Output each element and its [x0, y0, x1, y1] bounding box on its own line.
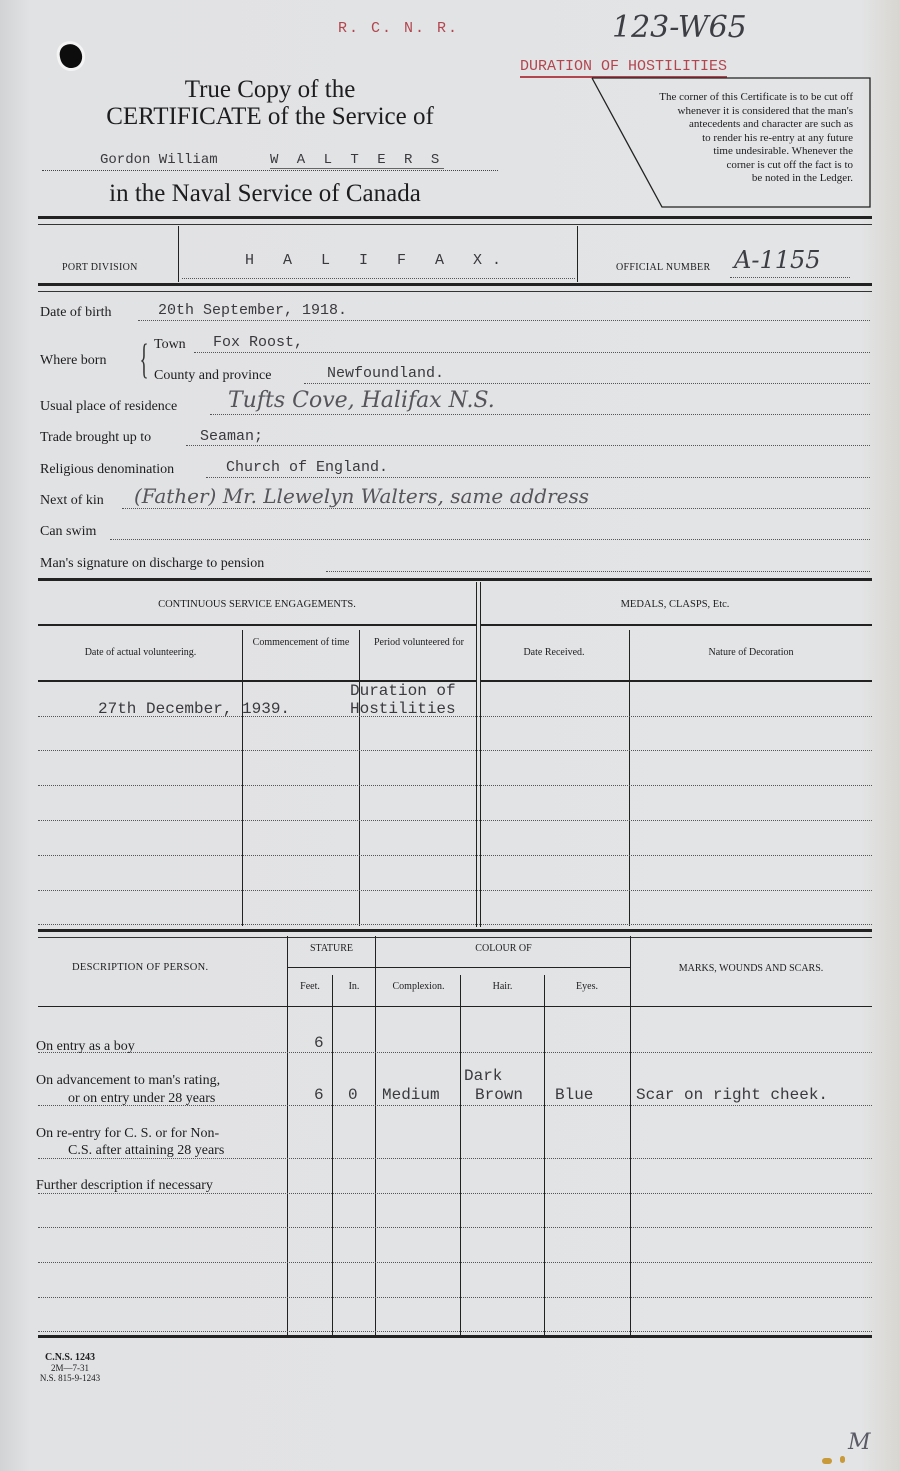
table-row-line — [38, 1227, 872, 1228]
notice-line: to render his re-entry at any future — [600, 132, 853, 146]
divider — [38, 929, 872, 938]
feet-label: Feet. — [288, 978, 332, 996]
service-col-date: Date of actual volunteering. — [38, 644, 243, 662]
religion-value: Church of England. — [226, 459, 388, 476]
row-label: On advancement to man's rating, — [36, 1073, 220, 1089]
divider — [288, 967, 630, 968]
row-label: or on entry under 28 years — [68, 1091, 215, 1107]
service-col-period: Period volunteered for — [361, 634, 477, 652]
county-line — [304, 383, 870, 384]
port-division-value: H A L I F A X. — [245, 252, 511, 269]
official-number-value: A-1155 — [734, 246, 821, 274]
divider — [359, 630, 360, 926]
hair-label: Hair. — [461, 978, 544, 996]
medals-title: MEDALS, CLASPS, Etc. — [480, 596, 870, 614]
notice-line: corner is cut off the fact is to — [600, 159, 853, 173]
divider — [544, 975, 545, 1335]
service-date-value: 27th December, 1939. — [98, 700, 290, 718]
dob-label: Date of birth — [40, 305, 112, 321]
table-row-line — [38, 785, 872, 786]
title-line-2: CERTIFICATE of the Service of — [40, 103, 500, 131]
table-row-line — [38, 1297, 872, 1298]
row-label: On re-entry for C. S. or for Non- — [36, 1126, 219, 1142]
eyes-value: Blue — [555, 1086, 593, 1104]
medals-col-nature: Nature of Decoration — [630, 644, 872, 662]
kin-label: Next of kin — [40, 493, 104, 509]
stature-label: STATURE — [288, 940, 375, 958]
print-code: 2M—7-31 — [34, 1363, 106, 1373]
port-division-label: PORT DIVISION — [62, 262, 138, 273]
marks-value: Scar on right cheek. — [636, 1086, 828, 1104]
brace-icon: { — [140, 336, 149, 384]
religion-line — [206, 477, 870, 478]
residence-label: Usual place of residence — [40, 399, 177, 415]
town-line — [194, 352, 870, 353]
corner-pencil-mark: M — [848, 1430, 871, 1455]
divider — [629, 630, 630, 926]
table-row-line — [38, 924, 872, 925]
notice-line: time undesirable. Whenever the — [600, 145, 853, 159]
swim-label: Can swim — [40, 524, 96, 540]
stain — [822, 1458, 832, 1464]
description-title: DESCRIPTION OF PERSON. — [72, 962, 208, 973]
divider — [38, 1335, 872, 1338]
divider — [178, 226, 179, 282]
divider — [630, 936, 631, 1335]
dob-value: 20th September, 1918. — [158, 302, 347, 319]
name-field: Gordon William W A L T E R S — [42, 150, 498, 171]
complexion-label: Complexion. — [377, 978, 460, 996]
dob-line — [138, 320, 870, 321]
complexion-value: Medium — [382, 1086, 440, 1104]
stain — [840, 1456, 845, 1463]
official-number-label: OFFICIAL NUMBER — [616, 262, 710, 273]
row-label: C.S. after attaining 28 years — [68, 1143, 224, 1159]
table-row-line — [38, 820, 872, 821]
table-row-line — [38, 1331, 872, 1332]
town-label: Town — [154, 337, 186, 353]
signature-label: Man's signature on discharge to pension — [40, 556, 264, 572]
notice-line: antecedents and character are such as — [600, 118, 853, 132]
inches-label: In. — [333, 978, 375, 996]
unit-stamp: R. C. N. R. — [338, 20, 459, 37]
residence-line — [210, 414, 870, 415]
cut-corner-notice: The corner of this Certificate is to be … — [600, 91, 853, 186]
official-number-line — [730, 277, 850, 278]
service-period-line1: Duration of — [350, 682, 456, 700]
divider — [287, 936, 288, 1335]
notice-line: whenever it is considered that the man's — [600, 105, 853, 119]
row-label: On entry as a boy — [36, 1039, 135, 1055]
town-value: Fox Roost, — [213, 334, 303, 351]
religion-label: Religious denomination — [40, 462, 174, 478]
service-period-line2: Hostilities — [350, 700, 456, 718]
table-row-line — [38, 855, 872, 856]
feet-value: 6 — [314, 1034, 324, 1052]
divider — [577, 226, 578, 282]
residence-value: Tufts Cove, Halifax N.S. — [228, 388, 495, 413]
feet-value: 6 — [314, 1086, 324, 1104]
divider — [332, 975, 333, 1335]
county-label: County and province — [154, 368, 271, 384]
where-born-label: Where born — [40, 353, 106, 369]
form-number: C.N.S. 1243 — [34, 1353, 106, 1363]
port-division-line — [182, 278, 575, 279]
kin-line — [122, 508, 870, 509]
eyes-label: Eyes. — [545, 978, 629, 996]
title-line-3: in the Naval Service of Canada — [40, 180, 490, 208]
name-given: Gordon William — [100, 152, 218, 168]
divider — [242, 630, 243, 926]
divider — [38, 578, 872, 581]
table-row-line — [38, 1262, 872, 1263]
divider — [480, 680, 872, 682]
colour-label: COLOUR OF — [377, 940, 630, 958]
swim-line — [110, 539, 870, 540]
kin-value: (Father) Mr. Llewelyn Walters, same addr… — [134, 484, 589, 508]
divider — [480, 624, 872, 626]
divider — [38, 1006, 872, 1007]
service-title: CONTINUOUS SERVICE ENGAGEMENTS. — [38, 596, 476, 614]
signature-line — [326, 571, 870, 572]
trade-line — [186, 445, 870, 446]
inches-value: 0 — [348, 1086, 358, 1104]
name-surname: W A L T E R S — [270, 152, 444, 169]
medals-col-date: Date Received. — [480, 644, 628, 662]
divider — [38, 283, 872, 292]
row-label: Further description if necessary — [36, 1178, 213, 1194]
notice-line: The corner of this Certificate is to be … — [600, 91, 853, 105]
divider — [38, 216, 872, 225]
trade-value: Seaman; — [200, 428, 263, 445]
hair-value-line2: Brown — [475, 1086, 523, 1104]
hair-value-line1: Dark — [464, 1067, 502, 1085]
ns-number: N.S. 815-9-1243 — [34, 1373, 106, 1383]
table-row-line — [38, 890, 872, 891]
file-number-handwritten: 123-W65 — [612, 10, 747, 45]
divider — [38, 624, 476, 626]
punch-hole — [58, 42, 85, 70]
duration-stamp: DURATION OF HOSTILITIES — [520, 58, 727, 78]
divider — [375, 936, 376, 1335]
trade-label: Trade brought up to — [40, 430, 151, 446]
notice-line: be noted in the Ledger. — [600, 172, 853, 186]
form-footer: C.N.S. 1243 2M—7-31 N.S. 815-9-1243 — [34, 1353, 106, 1383]
divider — [460, 975, 461, 1335]
service-col-commencement: Commencement of time — [243, 634, 359, 652]
title-line-1: True Copy of the — [40, 76, 500, 104]
county-value: Newfoundland. — [327, 365, 444, 382]
table-row-line — [38, 750, 872, 751]
table-row-line — [38, 1052, 872, 1053]
marks-label: MARKS, WOUNDS AND SCARS. — [630, 960, 872, 978]
